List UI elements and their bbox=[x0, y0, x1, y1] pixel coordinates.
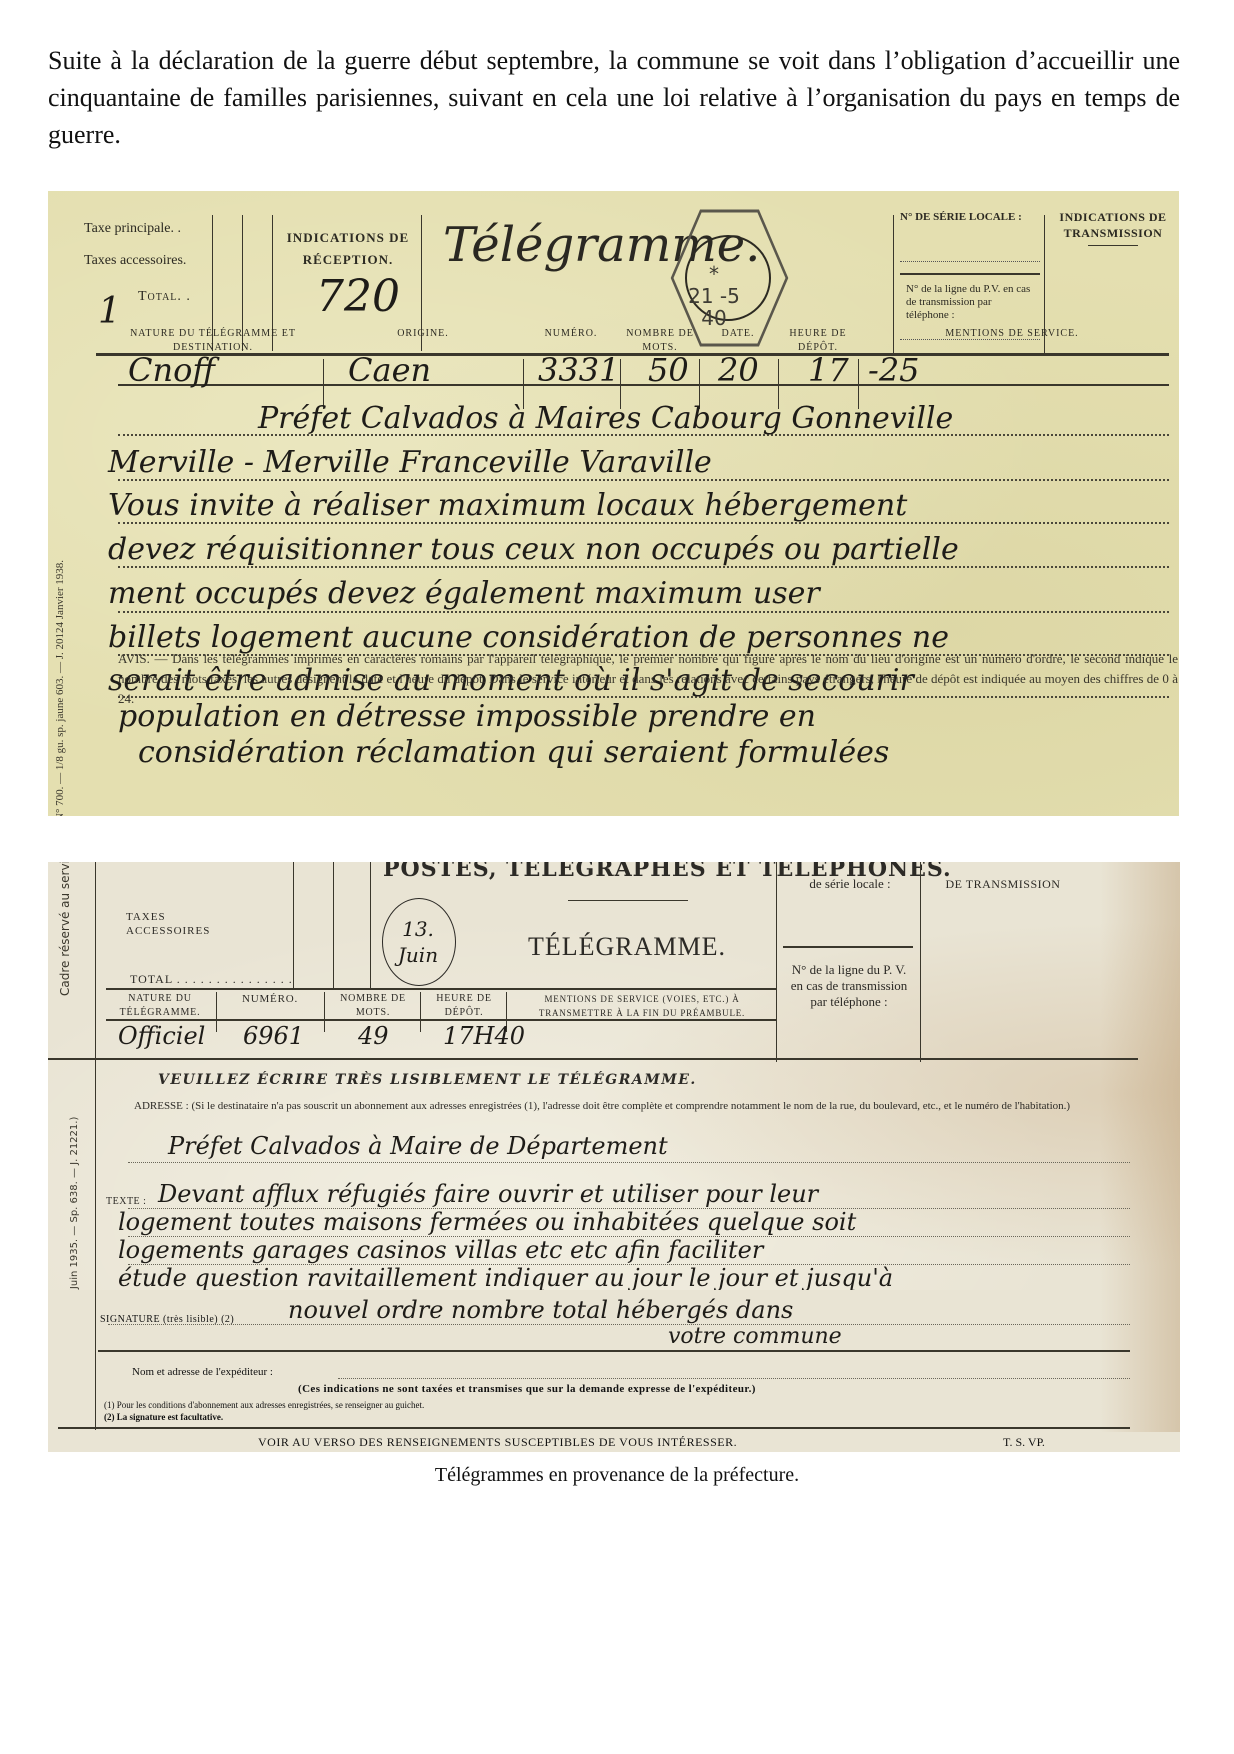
mentions-value: -25 bbox=[868, 351, 920, 389]
body-line-1: Préfet Calvados à Maires Cabourg Gonnevi… bbox=[258, 401, 953, 436]
serie-locale-label: de série locale : bbox=[790, 876, 910, 892]
body-line-9: considération réclamation qui seraient f… bbox=[138, 735, 889, 770]
tsvp-note: T. S. VP. bbox=[1003, 1435, 1045, 1450]
telegram-2-footer: VOIR AU VERSO DES RENSEIGNEMENTS SUSCEPT… bbox=[48, 1432, 1180, 1452]
pv-line-label: N° de la ligne du P.V. en cas de transmi… bbox=[906, 283, 1036, 322]
date-circle-text: 13. Juin bbox=[382, 916, 454, 968]
numero-value: 6961 bbox=[243, 1022, 304, 1050]
ces-indications-note: (Ces indications ne sont taxées et trans… bbox=[298, 1383, 756, 1395]
origine-value: Caen bbox=[348, 351, 431, 389]
col-date-label: DATE. bbox=[702, 327, 774, 341]
footnote-1: (1) Pour les conditions d'abonnement aux… bbox=[104, 1400, 424, 1410]
indications-reception-label: INDICATIONS DE RÉCEPTION. bbox=[278, 227, 418, 271]
total-label: Total. . bbox=[138, 289, 191, 305]
voir-verso-note: VOIR AU VERSO DES RENSEIGNEMENTS SUSCEPT… bbox=[258, 1435, 737, 1450]
body-line-4: devez réquisitionner tous ceux non occup… bbox=[108, 532, 959, 567]
col-numero-label: NUMÉRO. bbox=[220, 992, 320, 1006]
nature-value: Cnoff bbox=[128, 351, 215, 389]
indications-transmission-label: INDICATIONS DE TRANSMISSION bbox=[1048, 209, 1178, 241]
nombre-value: 50 bbox=[648, 351, 689, 389]
telegram-2-title: TÉLÉGRAMME. bbox=[528, 932, 726, 962]
texte-line-4: étude question ravitaillement indiquer a… bbox=[118, 1264, 893, 1292]
postmark-date: * 21 -5 40 bbox=[673, 263, 755, 329]
telegram-1-image: N° 700. — 1/8 gu. sp. jaune 603. — J. 20… bbox=[48, 191, 1179, 816]
telegram-2-lower: SIGNATURE (très lisible) (2) nouvel ordr… bbox=[48, 1290, 1180, 1442]
date-value: 20 bbox=[718, 351, 759, 389]
col-heure-label: HEURE DE DÉPÔT. bbox=[424, 992, 504, 1020]
body-line-3: Vous invite à réaliser maximum locaux hé… bbox=[108, 488, 907, 523]
telegram-1-side-print: N° 700. — 1/8 gu. sp. jaune 603. — J. 20… bbox=[48, 351, 78, 816]
texte-line-3: logements garages casinos villas etc etc… bbox=[118, 1236, 763, 1264]
total-label: TOTAL . . . . . . . . . . . . . . . bbox=[130, 972, 293, 987]
adresse-value: Préfet Calvados à Maire de Département bbox=[168, 1132, 668, 1160]
body-line-2: Merville - Merville Franceville Varavill… bbox=[108, 445, 712, 480]
heure-value: 17H40 bbox=[443, 1022, 525, 1050]
texte-label: TEXTE : bbox=[106, 1196, 146, 1207]
taxes-handwritten-value: 1 bbox=[98, 291, 121, 332]
heure-value: 17 bbox=[808, 351, 849, 389]
col-nature-label: NATURE DU TÉLÉGRAMME. bbox=[108, 992, 212, 1020]
texte-line-1: Devant afflux réfugiés faire ouvrir et u… bbox=[158, 1180, 818, 1208]
intro-paragraph: Suite à la déclaration de la guerre débu… bbox=[48, 42, 1180, 153]
taxe-principale-label: Taxe principale. . bbox=[84, 221, 181, 237]
numero-value: 3331 bbox=[538, 351, 619, 389]
pv-line-label: N° de la ligne du P. V. en cas de transm… bbox=[786, 962, 912, 1010]
signature-line-1: nouvel ordre nombre total hébergés dans bbox=[288, 1296, 793, 1324]
taxes-accessoires-label: Taxes accessoires. bbox=[84, 253, 186, 269]
adresse-label: ADRESSE : (Si le destinataire n'a pas so… bbox=[134, 1098, 1134, 1114]
expediteur-label: Nom et adresse de l'expéditeur : bbox=[132, 1366, 273, 1378]
nature-value: Officiel bbox=[118, 1022, 205, 1050]
signature-line-2: votre commune bbox=[668, 1324, 842, 1349]
nombre-value: 49 bbox=[358, 1022, 389, 1050]
col-nombre-label: NOMBRE DE MOTS. bbox=[328, 992, 418, 1020]
texte-line-2: logement toutes maisons fermées ou inhab… bbox=[118, 1208, 856, 1236]
col-mentions-label: MENTIONS DE SERVICE. bbox=[862, 327, 1162, 341]
col-numero-label: NUMÉRO. bbox=[526, 327, 616, 341]
indications-transmission-label: DE TRANSMISSION bbox=[928, 877, 1078, 892]
footnote-2: (2) La signature est facultative. bbox=[104, 1412, 223, 1422]
reception-handwritten-value: 720 bbox=[316, 271, 400, 322]
instruction-heading: VEUILLEZ ÉCRIRE TRÈS LISIBLEMENT LE TÉLÉ… bbox=[158, 1072, 697, 1088]
taxes-accessoires-label: TAXES ACCESSOIRES bbox=[126, 910, 186, 938]
body-line-5: ment occupés devez également maximum use… bbox=[108, 576, 820, 611]
serie-locale-label: N° DE SÉRIE LOCALE : bbox=[900, 211, 1040, 223]
col-mentions-label: MENTIONS DE SERVICE (VOIES, ETC.) À TRAN… bbox=[510, 992, 774, 1020]
figure-caption: Télégrammes en provenance de la préfectu… bbox=[0, 1464, 1234, 1487]
avis-notice: AVIS. — Dans les télégrammes imprimés en… bbox=[118, 649, 1178, 709]
col-origine-label: ORIGINE. bbox=[328, 327, 518, 341]
